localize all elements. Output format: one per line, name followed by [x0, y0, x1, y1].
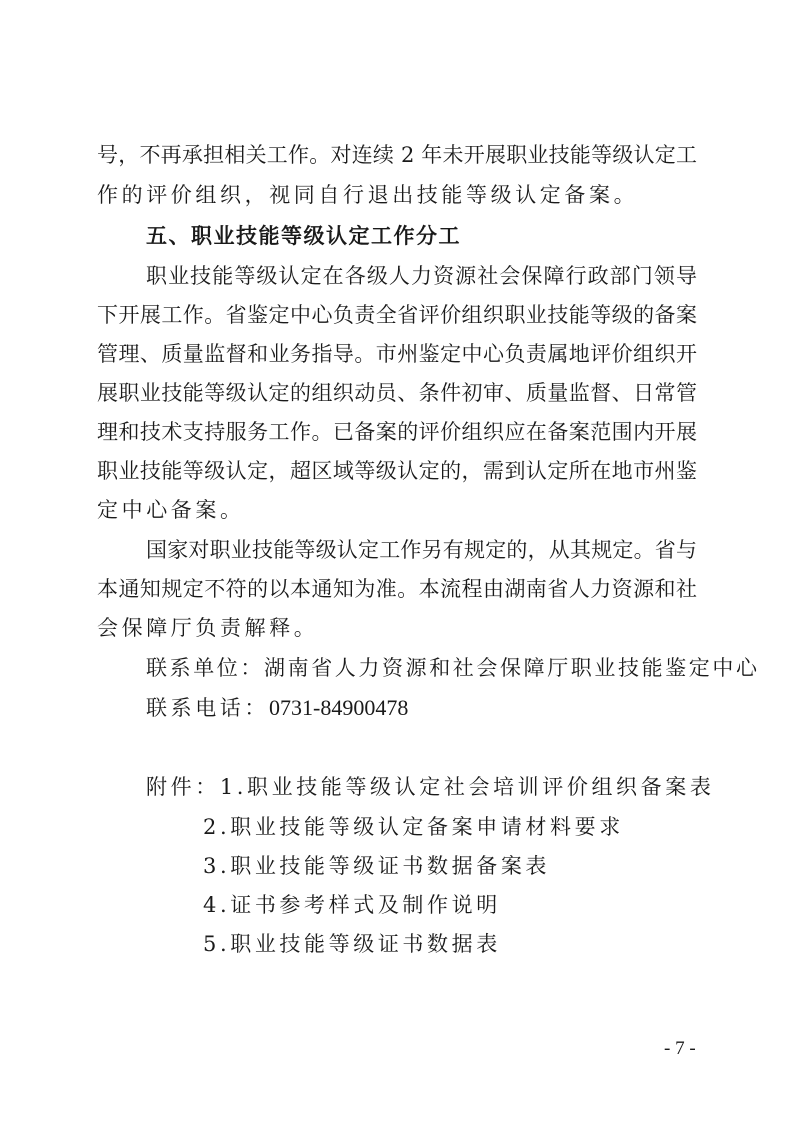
attachment-item: 3.职业技能等级证书数据备案表 [203, 852, 793, 880]
body-text-line: 国家对职业技能等级认定工作另有规定的，从其规定。省与 [146, 536, 697, 564]
contact-phone-value: 0731-84900478 [269, 695, 408, 720]
body-text-line: 号，不再承担相关工作。对连续 2 年未开展职业技能等级认定工 [97, 141, 697, 169]
body-text-line: 职业技能等级认定，超区域等级认定的，需到认定所在地市州鉴 [97, 457, 697, 485]
body-text-line: 职业技能等级认定在各级人力资源社会保障行政部门领导 [146, 262, 697, 290]
contact-phone: 联系电话：0731-84900478 [146, 694, 746, 722]
attachments-label: 附件： [146, 775, 220, 799]
body-text-line: 理和技术支持服务工作。已备案的评价组织应在备案范围内开展 [97, 418, 697, 446]
body-text-line: 定中心备案。 [97, 496, 697, 524]
attachment-item: 5.职业技能等级证书数据表 [203, 930, 793, 958]
body-text-line: 下开展工作。省鉴定中心负责全省评价组织职业技能等级的备案 [97, 301, 697, 329]
document-page: 号，不再承担相关工作。对连续 2 年未开展职业技能等级认定工 作的评价组织，视同… [0, 0, 793, 1122]
section-heading: 五、职业技能等级认定工作分工 [146, 222, 746, 250]
contact-phone-label: 联系电话： [146, 696, 269, 720]
contact-unit-value: 湖南省人力资源和社会保障厅职业技能鉴定中心 [264, 656, 760, 680]
attachment-item: 1.职业技能等级认定社会培训评价组织备案表 [220, 775, 715, 799]
attachment-item: 2.职业技能等级认定备案申请材料要求 [203, 813, 793, 841]
body-text-line: 会保障厅负责解释。 [97, 614, 697, 642]
body-text-line: 作的评价组织，视同自行退出技能等级认定备案。 [97, 181, 697, 209]
attachment-item: 4.证书参考样式及制作说明 [203, 891, 793, 919]
contact-unit-label: 联系单位： [146, 656, 264, 680]
attachments-first: 附件：1.职业技能等级认定社会培训评价组织备案表 [146, 773, 746, 801]
body-text-line: 展职业技能等级认定的组织动员、条件初审、质量监督、日常管 [97, 379, 697, 407]
body-text-line: 本通知规定不符的以本通知为准。本流程由湖南省人力资源和社 [97, 575, 697, 603]
contact-unit: 联系单位：湖南省人力资源和社会保障厅职业技能鉴定中心 [146, 654, 746, 682]
body-text-line: 管理、质量监督和业务指导。市州鉴定中心负责属地评价组织开 [97, 340, 697, 368]
page-number: - 7 - [664, 1037, 696, 1061]
